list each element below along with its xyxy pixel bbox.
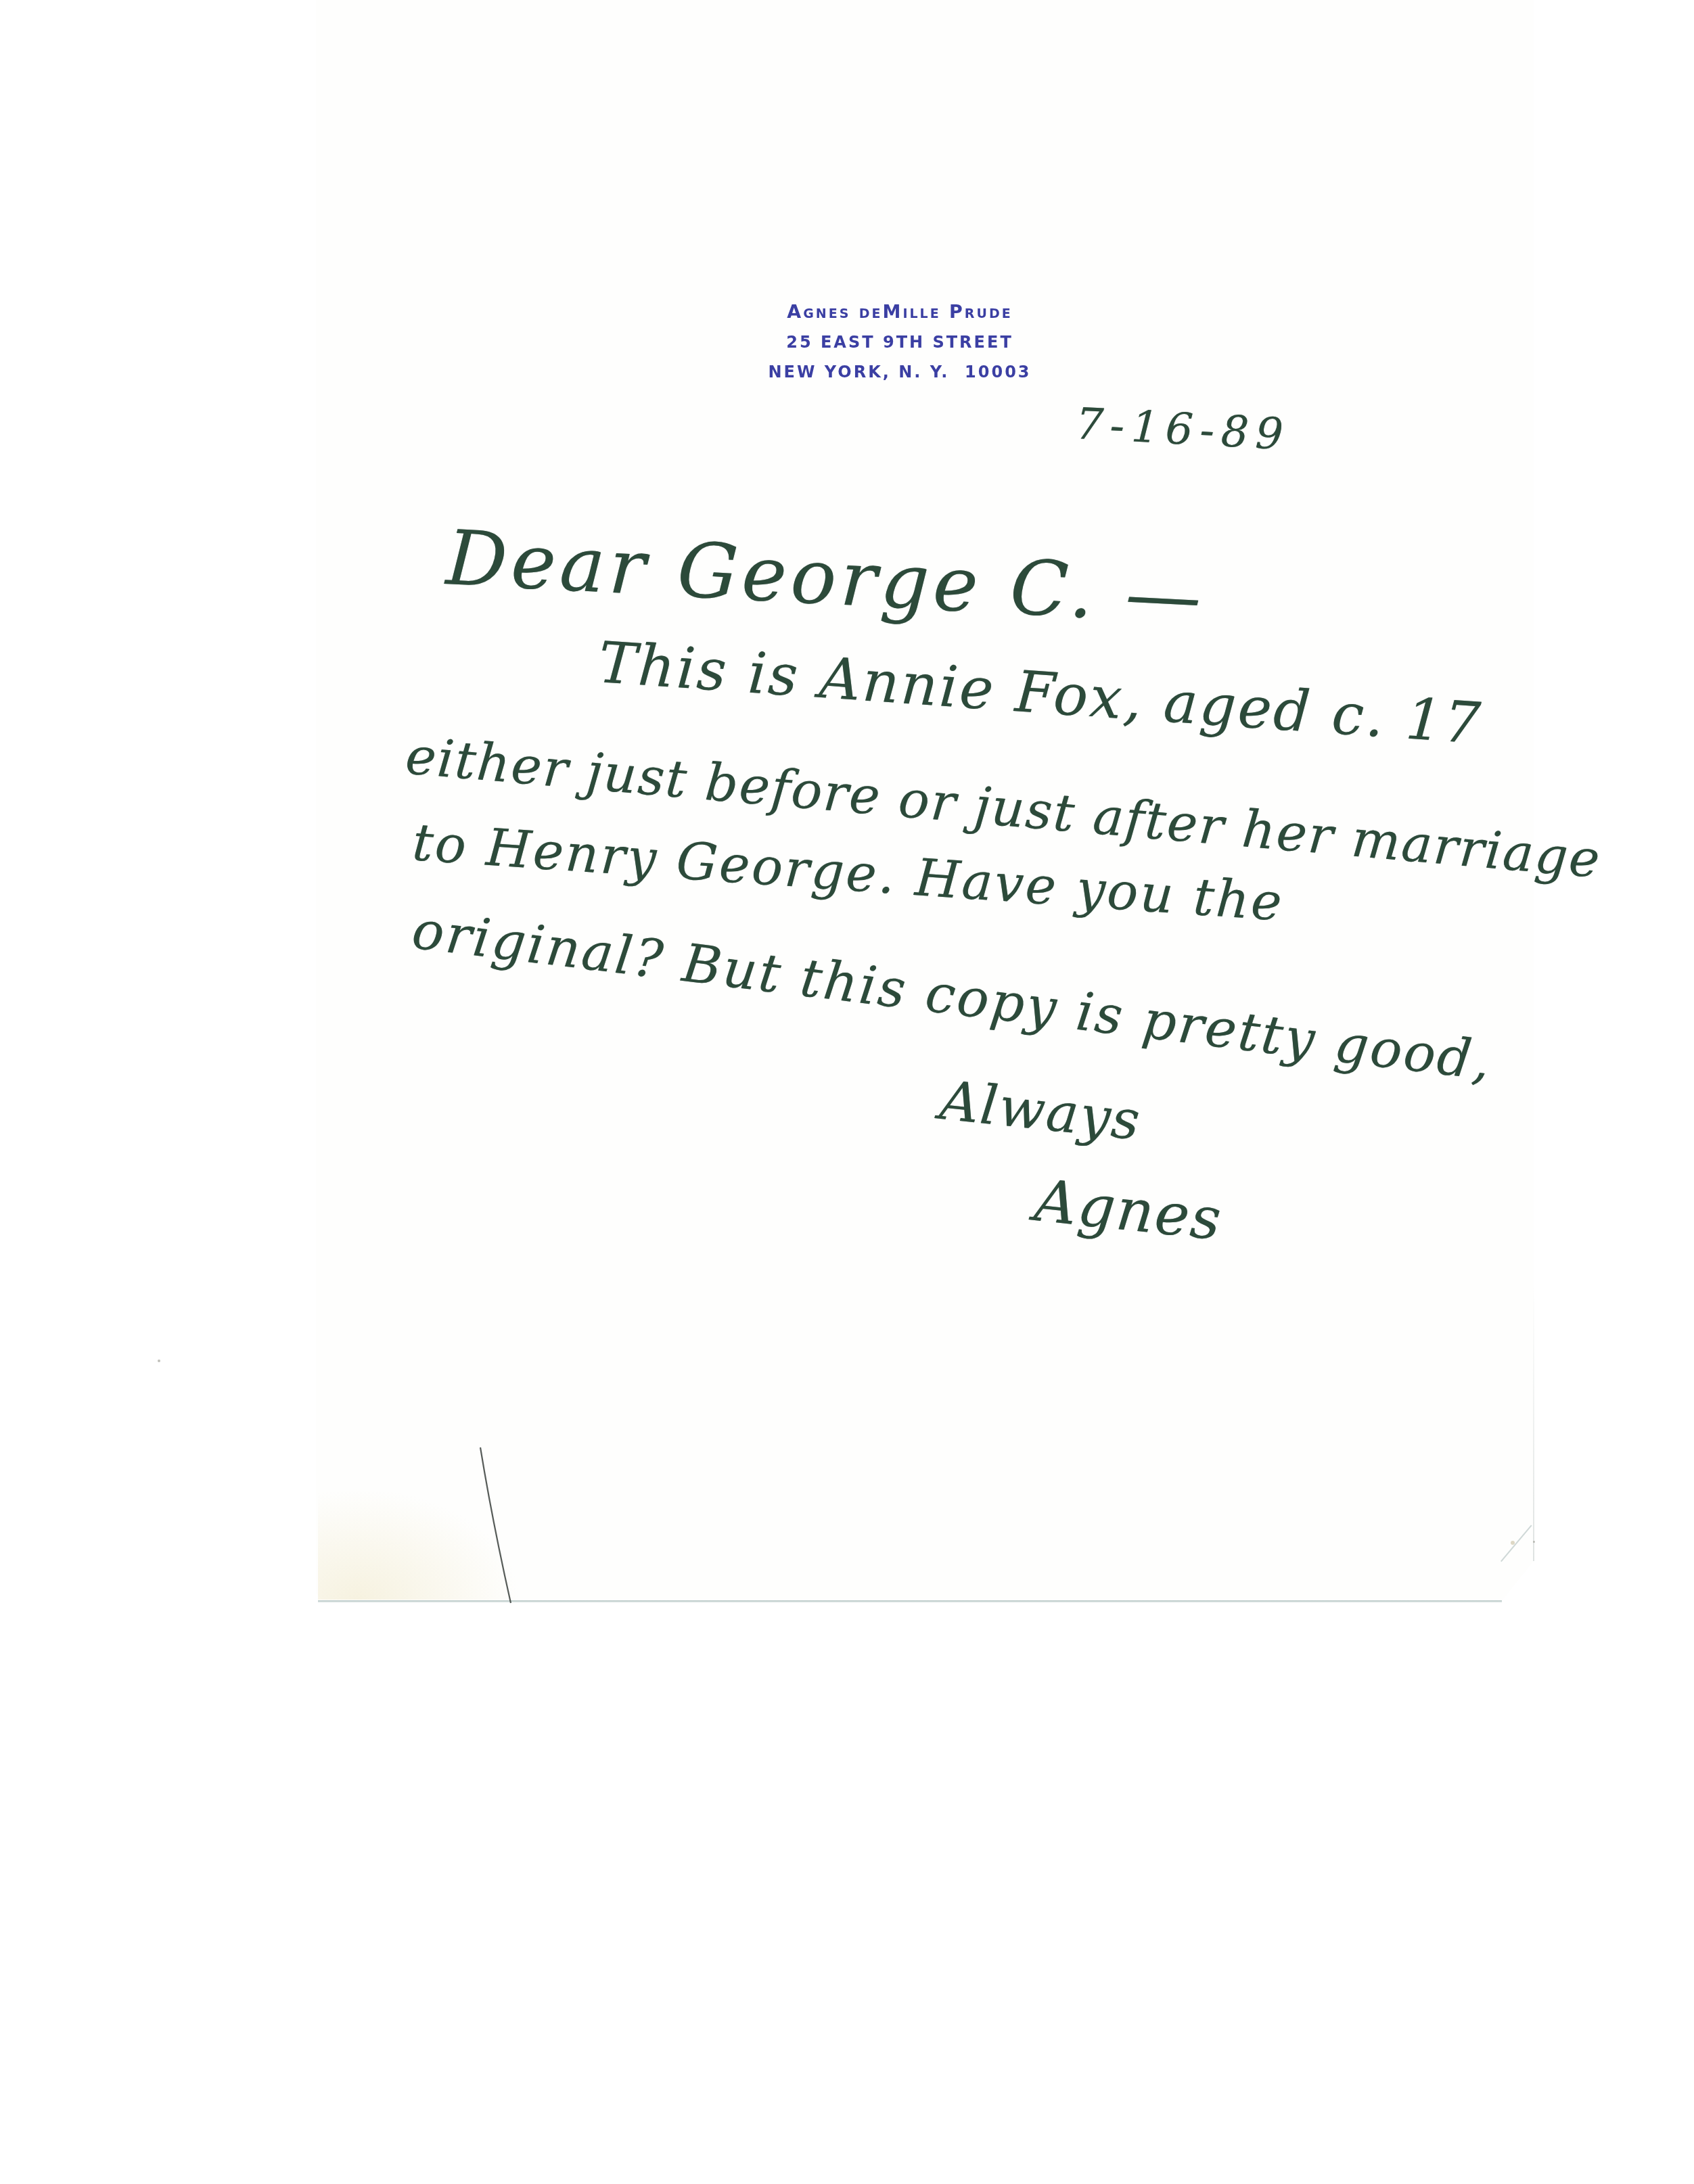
letterhead-name: Agnes deMille Prude bbox=[731, 298, 1069, 327]
scan-background: Agnes deMille Prude 25 East 9th Street N… bbox=[0, 0, 1694, 2184]
letterhead: Agnes deMille Prude 25 East 9th Street N… bbox=[731, 298, 1069, 387]
letterhead-street: 25 East 9th Street bbox=[731, 327, 1069, 357]
paper-bottom-edge bbox=[318, 1600, 1502, 1602]
paper-discoloration bbox=[318, 1488, 521, 1600]
dust-speck bbox=[1511, 1541, 1515, 1545]
dust-speck bbox=[158, 1360, 160, 1362]
dust-speck bbox=[1533, 1541, 1535, 1543]
paper-right-edge bbox=[1533, 1285, 1534, 1561]
letterhead-city: New York, N. Y. 10003 bbox=[731, 357, 1069, 387]
